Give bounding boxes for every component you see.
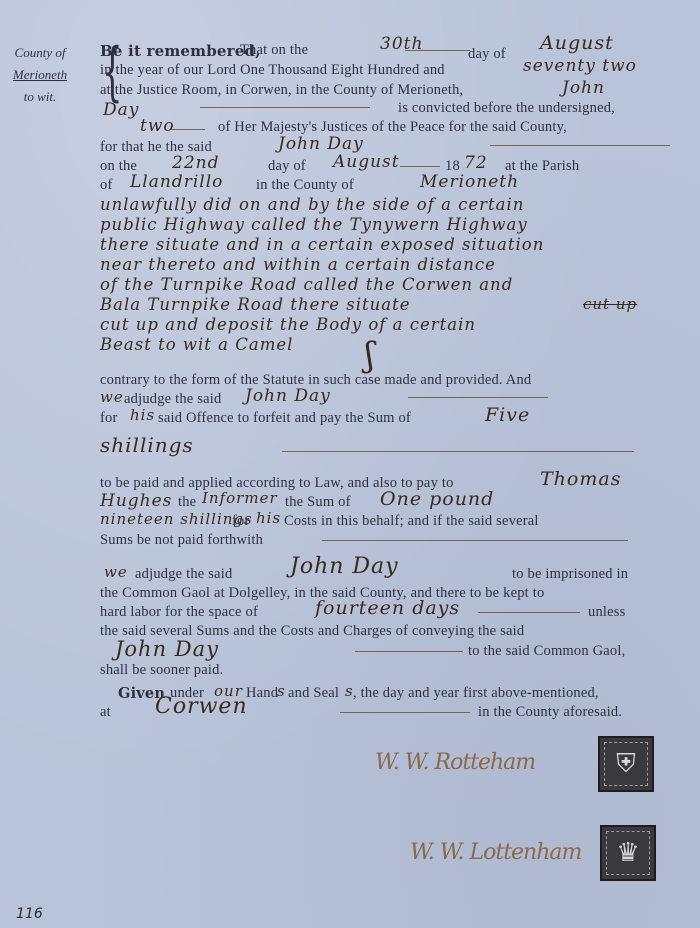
fine-amount-2: shillings [100,433,194,457]
the-text: the [178,494,196,511]
fill-line [355,651,463,652]
we-handwritten: we [104,563,128,581]
offence-line: of the Turnpike Road called the Corwen a… [100,275,513,294]
offence-line: there situate and in a certain exposed s… [100,235,544,254]
fill-line [200,107,370,108]
justices-text: of Her Majesty's Justices of the Peace f… [218,119,567,136]
informer-first-name: Thomas [540,468,621,490]
fill-line [490,145,670,146]
sooner-paid: shall be sooner paid. [100,662,223,679]
informer-last-name: Hughes [100,491,172,511]
hands-text: Hand [246,685,278,702]
of: of [100,177,112,194]
place-line: at the Justice Room, in Corwen, in the C… [100,82,463,99]
flourish-mark: ʃ [365,335,374,375]
for-text: for [232,513,250,530]
costs-amount-1: One pound [380,488,494,510]
for-text: for [100,410,118,427]
folio-number: 116 [16,906,43,922]
county-name: Merioneth [420,172,519,192]
informer-role: Informer [202,489,278,507]
hands-s: s [277,682,286,700]
margin-line: Merioneth [4,64,76,86]
fill-line [340,712,470,713]
that-on-the: That on the [240,42,308,59]
offence-year: 72 [464,153,488,173]
offence-line: near thereto and within a certain distan… [100,255,496,274]
day-of: day of [468,46,506,63]
offence-line: cut up and deposit the Body of a certain [100,315,476,334]
penalty-defendant: John Day [245,386,331,406]
and-seal-text: and Seal [288,685,339,702]
defendant-last-name: Day [103,100,139,120]
offence-line: Bala Turnpike Road there situate [100,295,410,314]
hearing-year: seventy two [523,56,637,76]
in-county-of: in the County of [256,177,354,194]
fill-line [170,129,205,130]
we-handwritten: we [100,388,124,406]
day-year-text: , the day and year first above-mentioned… [353,685,599,702]
county-aforesaid: in the County aforesaid. [478,704,622,721]
royal-arms-seal-icon: ⛨ [598,736,654,792]
struck-text: cut up [583,295,637,313]
costs-his: his [256,509,281,527]
to-be-imprisoned: to be imprisoned in [512,566,628,583]
defendant-first-name: John [562,78,605,98]
justices-count: two [140,116,175,136]
imprisonment-term: fourteen days [315,597,460,619]
fill-line [322,540,628,541]
offence-month: August [333,152,400,172]
day-of: day of [268,158,306,175]
convicted-text: is convicted before the undersigned, [398,100,615,117]
offence-line: unlawfully did on and by the side of a c… [100,195,524,214]
be-it-remembered: Be it remembered, [100,42,261,60]
conviction-document: County of Merioneth to wit. { Be it reme… [0,0,700,928]
unless-text: unless [588,604,625,621]
offence-sum-text: said Offence to forfeit and pay the Sum … [158,410,411,427]
offence-line: Beast to wit a Camel [100,335,293,354]
costs-amount-2: nineteen shillings [100,510,253,528]
adjudge-the-said: adjudge the said [135,566,232,583]
hard-labor-text: hard labor for the space of [100,604,258,621]
hearing-day: 30th [380,34,423,54]
imprisonment-defendant: John Day [290,554,399,579]
costs-text: Costs in this behalf; and if the said se… [284,513,539,530]
fill-line [405,50,470,51]
margin-line: to wit. [4,86,76,108]
fine-amount-1: Five [485,404,530,426]
at-text: at [100,704,111,721]
margin-county-note: County of Merioneth to wit. [4,42,76,108]
fill-line [408,397,548,398]
offence-defendant: John Day [278,134,364,154]
justice-signature-2: W. W. Lottenham [410,840,581,865]
conveyed-defendant: John Day [115,637,219,661]
sum-of-text: the Sum of [285,494,351,511]
his-handwritten: his [130,406,155,424]
fill-line [400,166,440,167]
crown-seal-icon: ♛ [600,825,656,881]
not-paid-text: Sums be not paid forthwith [100,532,263,549]
year-prefix: in the year of our Lord One Thousand Eig… [100,62,445,79]
hearing-month: August [540,32,614,54]
parish-name: Llandrillo [130,172,223,192]
common-gaol-text: to the said Common Gaol, [468,643,625,660]
given-place: Corwen [155,694,248,719]
fill-line [478,612,580,613]
justice-signature-1: W. W. Rotteham [375,750,535,775]
offence-day: 22nd [172,153,219,173]
offence-line: public Highway called the Tynywern Highw… [100,215,528,234]
margin-line: County of [4,42,76,64]
fill-line [282,451,634,452]
